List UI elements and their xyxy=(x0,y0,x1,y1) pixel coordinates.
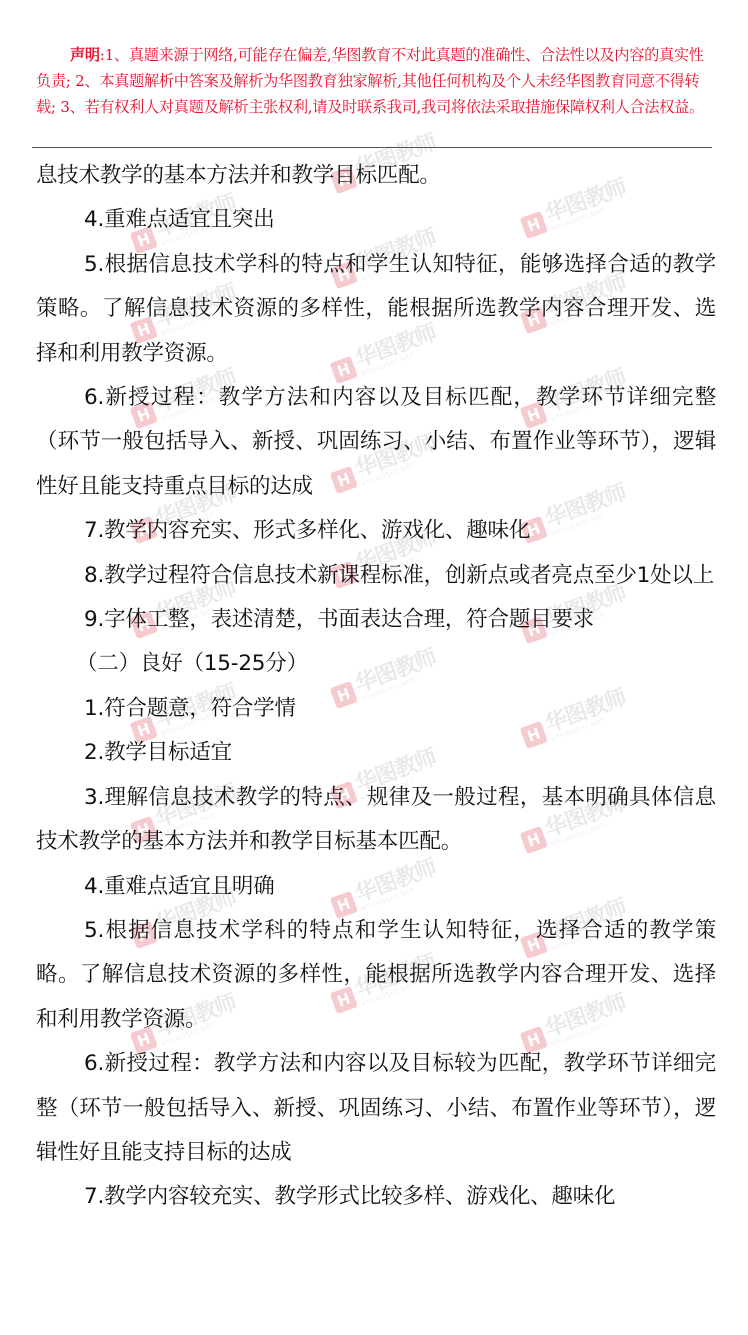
criterion-item: 6.新授过程：教学方法和内容以及目标匹配，教学环节详细完整（环节一般包括导入、新… xyxy=(36,376,716,509)
disclaimer: 声明:1、真题来源于网络,可能存在偏差,华图教育不对此真题的准确性、合法性以及内… xyxy=(36,42,712,120)
criterion-item: 6.新授过程：教学方法和内容以及目标较为匹配，教学环节详细完整（环节一般包括导入… xyxy=(36,1042,716,1175)
criterion-item: 4.重难点适宜且明确 xyxy=(36,865,716,909)
criterion-item: 5.根据信息技术学科的特点和学生认知特征，能够选择合适的教学策略。了解信息技术资… xyxy=(36,243,716,376)
criterion-item: 7.教学内容充实、形式多样化、游戏化、趣味化 xyxy=(36,509,716,553)
criterion-item: 9.字体工整，表述清楚，书面表达合理，符合题目要求 xyxy=(36,598,716,642)
paragraph-continuation: 息技术教学的基本方法并和教学目标匹配。 xyxy=(36,154,716,198)
criterion-item: 7.教学内容较充实、教学形式比较多样、游戏化、趣味化 xyxy=(36,1175,716,1219)
criterion-item: 1.符合题意，符合学情 xyxy=(36,687,716,731)
criterion-item: 3.理解信息技术教学的特点、规律及一般过程，基本明确具体信息技术教学的基本方法并… xyxy=(36,776,716,865)
criterion-item: 4.重难点适宜且突出 xyxy=(36,198,716,242)
criterion-item: 8.教学过程符合信息技术新课程标准，创新点或者亮点至少1处以上 xyxy=(36,554,716,598)
header-divider xyxy=(32,147,712,148)
document-body: 息技术教学的基本方法并和教学目标匹配。 4.重难点适宜且突出 5.根据信息技术学… xyxy=(36,154,716,1220)
section-heading: （二）良好（15-25分） xyxy=(36,642,716,686)
criterion-item: 5.根据信息技术学科的特点和学生认知特征，选择合适的教学策略。了解信息技术资源的… xyxy=(36,909,716,1042)
disclaimer-text: :1、真题来源于网络,可能存在偏差,华图教育不对此真题的准确性、合法性以及内容的… xyxy=(36,46,704,116)
criterion-item: 2.教学目标适宜 xyxy=(36,731,716,775)
disclaimer-label: 声明 xyxy=(70,46,100,64)
